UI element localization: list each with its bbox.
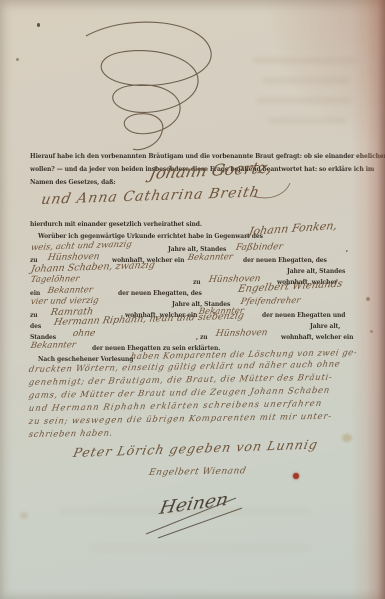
witness1-occupation-handwritten: Faßbinder — [235, 243, 283, 253]
printed-witness-lead: Worüber ich gegenwärtige Urkunde erricht… — [38, 234, 263, 240]
witness2-bekannter-handwritten: Bekannter — [47, 286, 93, 295]
printed-jahre-alt-standes-2: Jahre alt, Standes — [287, 269, 345, 275]
bleedthrough-smudge — [90, 545, 310, 551]
bleedthrough-smudge — [252, 58, 356, 63]
witness4-place-handwritten: Hünshoven — [215, 329, 268, 339]
printed-ehegatten-des-2: der neuen Ehegatten, des — [118, 291, 202, 297]
foxing-spot — [366, 297, 370, 301]
closing-hand-line-5: zu sein; weswegen die übrigen Komparente… — [28, 413, 332, 427]
printed-intro-line-3: Namen des Gesetzes, daß: — [30, 180, 116, 186]
witness4-occupation-handwritten: ohne — [72, 330, 96, 339]
page-edge-shadow — [351, 0, 385, 599]
closing-hand-line-3: gams, die Mütter der Braut und die Zeuge… — [28, 387, 331, 401]
printed-married-statement: hierdurch mit einander gesetzlich verhei… — [30, 222, 202, 228]
ink-speck — [37, 23, 40, 27]
printed-comma-zu: , zu — [196, 335, 208, 341]
ink-speck — [16, 58, 19, 61]
witness2-occupation-handwritten: Tagelöhner — [30, 275, 80, 284]
groom-name-handwritten: Johann Goertz, — [148, 160, 274, 182]
foxing-spot — [20, 512, 28, 519]
printed-des: des — [30, 324, 41, 330]
red-ink-spot — [293, 473, 299, 479]
witness3-occupation-handwritten: Pfeifendreher — [240, 297, 301, 307]
bleedthrough-smudge — [268, 118, 346, 123]
closing-hand-line-2: genehmigt; der Bräutigam, die Braut, die… — [28, 374, 333, 388]
printed-nach-vorlesung: Nach geschehener Vorlesung — [38, 357, 133, 363]
printed-ehegatten-des-1: der neuen Ehegatten, des — [243, 258, 327, 264]
printed-ehegatten-und: der neuen Ehegatten und — [262, 313, 345, 319]
witness4-bekannter-handwritten: Bekannter — [30, 341, 76, 350]
printed-intro-line-1: Hierauf habe ich den vorbenannten Bräuti… — [30, 154, 385, 160]
foxing-spot — [370, 330, 373, 333]
witness2-name-age-handwritten: Johann Schaben, zwanzig — [30, 261, 156, 275]
signature-registrar: Heinen — [158, 491, 230, 518]
bleedthrough-smudge — [256, 98, 352, 103]
witness1-age-handwritten: weis, acht und zwanzig — [30, 241, 132, 253]
signature-line-2: Engelbert Wienand — [148, 467, 247, 478]
witness1-name-handwritten: Johann Fonken, — [248, 220, 338, 237]
foxing-spot — [342, 434, 352, 442]
marriage-record-page: Hierauf habe ich den vorbenannten Bräuti… — [0, 0, 385, 599]
witness3-age-handwritten: vier und vierzig — [30, 297, 99, 307]
page-corner-shadow — [265, 0, 385, 150]
bride-name-handwritten: und Anna Catharina Breith — [40, 185, 261, 207]
closing-hand-line-6: schrieben haben. — [28, 430, 113, 440]
printed-comma: , — [346, 247, 348, 253]
witness1-bekannter-handwritten: Bekannter — [187, 253, 233, 262]
printed-zu-3: zu — [30, 313, 38, 319]
closing-hand-line-4: und Hermann Riphahn erklärten schreibens… — [28, 400, 323, 414]
signature-line-1: Peter Lörich gegeben von Lunnig — [72, 439, 319, 460]
printed-zu-2: zu — [193, 280, 201, 286]
bleedthrough-smudge — [262, 78, 350, 83]
printed-jahre-alt: Jahre alt, — [310, 324, 340, 330]
printed-wohnhaft-welcher-ein-4: wohnhaft, welcher ein — [281, 335, 353, 341]
